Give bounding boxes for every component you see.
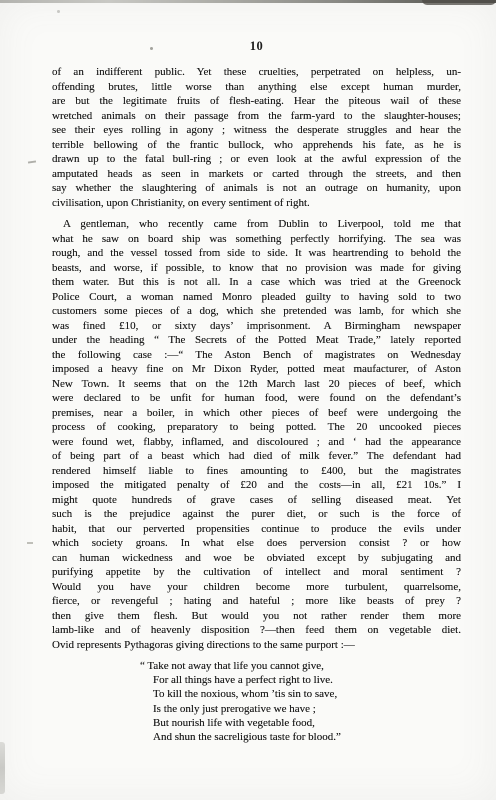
text-line: might quote hundreds of grave cases of s…	[52, 493, 461, 508]
text-line: customers some pieces of a dog, which sh…	[52, 304, 461, 319]
text-line: of an indifferent public. Yet these crue…	[52, 65, 461, 80]
verse-line: To kill the noxious, whom ’tis sin to sa…	[153, 687, 341, 701]
paragraph: of an indifferent public. Yet these crue…	[52, 65, 461, 210]
text-line: which society groans. In what else does …	[52, 536, 461, 551]
text-line: under the heading “ The Secrets of the P…	[52, 333, 461, 348]
text-line: can human wickedness and woe be obviated…	[52, 551, 461, 566]
verse-line: But nourish life with vegetable food,	[153, 716, 341, 730]
text-line: New Town. It seems that on the 12th Marc…	[52, 377, 461, 392]
body-text: of an indifferent public. Yet these crue…	[52, 65, 461, 652]
scan-artifact-margin-mark	[27, 542, 33, 544]
text-line: what he saw on board ship was something …	[52, 232, 461, 247]
text-line: imposed the mitigated penalty of £20 and…	[52, 478, 461, 493]
scanned-book-page: 10 of an indifferent public. Yet these c…	[0, 0, 496, 800]
text-line: process of cooking, preparatory to being…	[52, 420, 461, 435]
text-line: imposed a heavy fine on Mr Dixon Ryder, …	[52, 362, 461, 377]
text-line: was fined £10, or sixty days’ imprisonme…	[52, 319, 461, 334]
text-line: the following case :—“ The Aston Bench o…	[52, 348, 461, 363]
text-line: amputated heads as seen in markets or ca…	[52, 167, 461, 182]
scan-artifact-margin-mark	[28, 160, 36, 163]
text-line: such is the prejudice against the purer …	[52, 507, 461, 522]
text-line: of being part of a beast which had died …	[52, 449, 461, 464]
text-line: are but the legitimate fruits of flesh-e…	[52, 94, 461, 109]
text-line: wretched animals on their passage from t…	[52, 109, 461, 124]
text-line: premises, near a boiler, in which other …	[52, 406, 461, 421]
text-line: A gentleman, who recently came from Dubl…	[52, 217, 461, 232]
verse-line: And shun the sacreligious taste for bloo…	[153, 730, 341, 744]
page-number: 10	[52, 39, 461, 54]
scan-artifact-speck	[57, 10, 60, 13]
text-line: were found wet, flabby, inflamed, and di…	[52, 435, 461, 450]
text-line: say whether the slaughtering of animals …	[52, 181, 461, 196]
text-line: Police Court, a woman named Monro pleade…	[52, 290, 461, 305]
text-line: them water. But this is not all. In a ca…	[52, 275, 461, 290]
scan-artifact-top-right-corner	[422, 0, 496, 5]
verse-line: Is the only just prerogative we have ;	[153, 702, 341, 716]
verse-quote: “ Take not away that life you cannot giv…	[140, 659, 341, 744]
text-line: Would you have your children become more…	[52, 580, 461, 595]
text-line: fierce, or revengeful ; hating and hatef…	[52, 594, 461, 609]
text-line: terrible bellowing of the frantic bulloc…	[52, 138, 461, 153]
text-line: purifying appetite by the cultivation of…	[52, 565, 461, 580]
text-line: civilisation, upon Christianity, on ever…	[52, 196, 461, 211]
paragraph: A gentleman, who recently came from Dubl…	[52, 217, 461, 652]
text-line: lamb-like and of heavenly disposition ?—…	[52, 623, 461, 638]
text-line: beasts, and worse, if possible, to know …	[52, 261, 461, 276]
text-line: offending brutes, little worse than anyt…	[52, 80, 461, 95]
text-line: then give them flesh. But would you not …	[52, 609, 461, 624]
text-line: Ovid represents Pythagoras giving direct…	[52, 638, 461, 653]
verse-line: “ Take not away that life you cannot giv…	[140, 659, 341, 673]
scan-artifact-left-smudge	[0, 742, 5, 794]
text-line: rendered himself liable to fines amounti…	[52, 464, 461, 479]
text-line: rough, and the vessel tossed from side t…	[52, 246, 461, 261]
text-line: habit, that our perverted propensities c…	[52, 522, 461, 537]
verse-line: For all things have a perfect right to l…	[153, 673, 341, 687]
text-line: were declared to be unfit for human food…	[52, 391, 461, 406]
text-line: see their eyes rolling in agony ; witnes…	[52, 123, 461, 138]
text-line: drawn up to the fatal bull-ring ; or eve…	[52, 152, 461, 167]
